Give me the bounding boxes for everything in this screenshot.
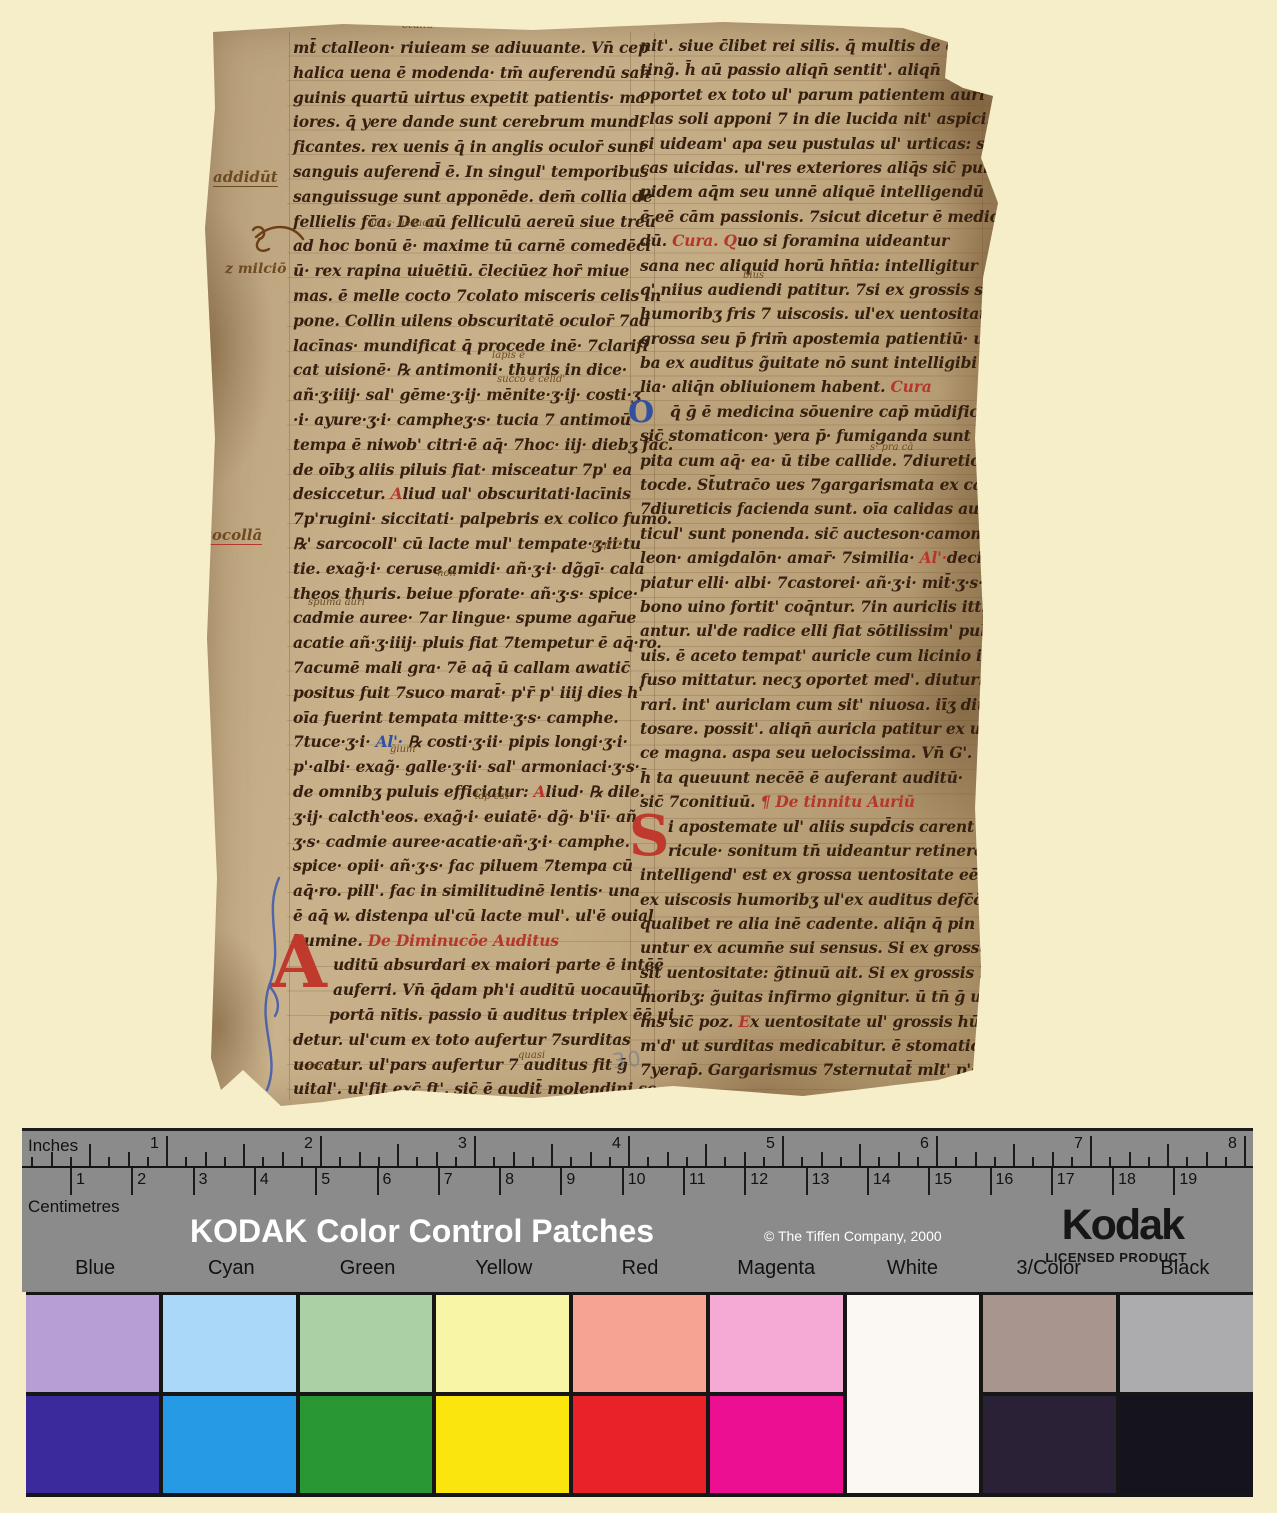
cm-number: 13 bbox=[812, 1171, 830, 1189]
patch-label-3-color: 3/Color bbox=[981, 1257, 1117, 1280]
inch-tick bbox=[147, 1157, 149, 1166]
manuscript-line: ē aq̄ w. distenpa ul'cū lacte mul'. ul'ē… bbox=[293, 904, 629, 929]
inch-tick bbox=[474, 1136, 476, 1166]
patch-label-yellow: Yellow bbox=[436, 1257, 572, 1280]
inch-tick bbox=[1071, 1157, 1073, 1166]
manuscript-line: mt̄ ctalleon· riuieam se adiuuante. Vn̄ … bbox=[293, 36, 629, 61]
patch-blue-pastel bbox=[26, 1295, 159, 1392]
red-initial-s: S bbox=[629, 808, 669, 864]
manuscript-line: rari. int' auriclam cum sit' niuosa. iīʒ… bbox=[640, 693, 988, 717]
inch-tick bbox=[301, 1157, 303, 1166]
manuscript-line: guinis quartū uirtus expetit patientis· … bbox=[293, 86, 629, 111]
manuscript-line: ce magna. aspa seu uelocissima. Vn̄ G'. … bbox=[640, 741, 988, 765]
inch-tick bbox=[128, 1152, 130, 1166]
cm-number: 6 bbox=[383, 1171, 392, 1189]
inch-tick bbox=[570, 1157, 572, 1166]
manuscript-line: ba ex auditus g̃uitate nō sunt intelligi… bbox=[640, 351, 988, 375]
color-patch-grid bbox=[26, 1292, 1253, 1497]
inch-tick bbox=[724, 1157, 726, 1166]
inch-tick bbox=[205, 1152, 207, 1166]
inch-tick bbox=[782, 1136, 784, 1166]
manuscript-line: moribʒ: g̃uitas infirmo gignitur. ū tn̄ … bbox=[640, 985, 988, 1009]
manuscript-line: ·i· ayure·ʒ·i· campheʒ·s· tucia 7 antimo… bbox=[293, 408, 629, 433]
inch-tick bbox=[647, 1157, 649, 1166]
manuscript-line: uditū absurdari ex maiori parte ē intēē bbox=[293, 953, 629, 978]
manuscript-line: sana nec aliquid horū hn̄tia: intelligit… bbox=[640, 254, 988, 278]
pencil-folio-number: 30 bbox=[611, 1046, 644, 1073]
interlinear-gloss: cap' 2 bbox=[592, 540, 622, 551]
nota-mark bbox=[243, 216, 307, 258]
manuscript-line: intelligend' est ex grossa uentositate e… bbox=[640, 863, 988, 887]
cm-number: 4 bbox=[260, 1171, 269, 1189]
manuscript-line: clas soli apponi 7 in die lucida nit' as… bbox=[640, 107, 988, 131]
cm-number: 15 bbox=[934, 1171, 952, 1189]
inch-tick bbox=[821, 1152, 823, 1166]
text-column-right: nit'. siue c̄libet rei silis. q̄ multis … bbox=[640, 34, 988, 1083]
patch-3-color-pastel bbox=[983, 1295, 1116, 1392]
inch-number: 1 bbox=[150, 1135, 159, 1153]
cm-number: 12 bbox=[750, 1171, 768, 1189]
patch-label-red: Red bbox=[572, 1257, 708, 1280]
interlinear-gloss: ḡium bbox=[390, 744, 416, 755]
interlinear-gloss: c̄tulla bbox=[402, 18, 433, 31]
inch-tick bbox=[320, 1136, 322, 1166]
patch-cyan-saturated bbox=[163, 1396, 296, 1493]
inch-tick bbox=[763, 1157, 765, 1166]
manuscript-line: 7tuce·ʒ·i· Al'· ℞ costi·ʒ·ii· pipis long… bbox=[293, 730, 629, 755]
copyright-text: © The Tiffen Company, 2000 bbox=[764, 1228, 942, 1244]
manuscript-line: 7diureticis facienda sunt. oīa calidas a… bbox=[640, 497, 988, 521]
manuscript-line: acatie añ·ʒ·iiij· pluis fiat 7tempetur ē… bbox=[293, 631, 629, 656]
ruler-baseline bbox=[22, 1166, 1253, 1168]
color-bar-title: KODAK Color Control Patches bbox=[190, 1213, 654, 1250]
inch-tick bbox=[936, 1136, 938, 1166]
margin-note: z milciō bbox=[225, 261, 286, 277]
manuscript-line: 7p'rugini· siccitati· palpebris ex colic… bbox=[293, 507, 629, 532]
cm-tick bbox=[990, 1168, 992, 1195]
manuscript-line: p'·albi· exag̃· galle·ʒ·ii· sal' armonia… bbox=[293, 755, 629, 780]
interlinear-gloss: lapis ē bbox=[492, 350, 525, 361]
inch-tick bbox=[532, 1157, 534, 1166]
manuscript-line: humoribʒ fris 7 uiscosis. ul'ex uentosit… bbox=[640, 302, 988, 326]
cm-number: 10 bbox=[628, 1171, 646, 1189]
interlinear-gloss: s· pra cā bbox=[870, 442, 913, 453]
manuscript-line: tie. exag̃·i· ceruse amidi· añ·ʒ·i· dg̃g… bbox=[293, 557, 629, 582]
interlinear-gloss: aū· s· uexaciū bbox=[368, 218, 437, 229]
patch-red-pastel bbox=[573, 1295, 706, 1392]
inch-number: 2 bbox=[304, 1135, 313, 1153]
cm-number: 9 bbox=[566, 1171, 575, 1189]
cm-number: 16 bbox=[996, 1171, 1014, 1189]
manuscript-line: cas uicidas. ul'res exteriores aliq̄s si… bbox=[640, 156, 988, 180]
text-column-left: mt̄ ctalleon· riuieam se adiuuante. Vn̄ … bbox=[293, 36, 629, 1102]
manuscript-line: fuso mittatur. necʒ oportet med'. diutur… bbox=[640, 668, 988, 692]
manuscript-line: sic̄ 7conitiuū. ¶ De tinnitu Auriū bbox=[640, 790, 988, 814]
inch-tick bbox=[51, 1152, 53, 1166]
manuscript-line: iores. q̄ yere dande sunt cerebrum mundi bbox=[293, 110, 629, 135]
patch-label-green: Green bbox=[299, 1257, 435, 1280]
patch-green-pastel bbox=[300, 1295, 433, 1392]
manuscript-line: oportet ex toto ul' parum patientem auri bbox=[640, 83, 988, 107]
cm-tick bbox=[622, 1168, 624, 1195]
manuscript-line: tocde. St̄utrac̄o ues 7gargarismata ex c… bbox=[640, 473, 988, 497]
manuscript-line: ad hoc bonū ē· maxime tū carnē comedēci bbox=[293, 234, 629, 259]
margin-note: tocollā bbox=[205, 526, 262, 545]
cm-tick bbox=[1173, 1168, 1175, 1195]
manuscript-line: lacīnas· mundificat q̄ procede inē· 7cla… bbox=[293, 334, 629, 359]
patch-3-color-saturated bbox=[983, 1396, 1116, 1493]
cm-number: 11 bbox=[689, 1171, 706, 1189]
manuscript-line: grossa seu p̄ frim̄ apostemia patientiū·… bbox=[640, 327, 988, 351]
manuscript-line: ex uiscosis humoribʒ ul'ex auditus defc̄… bbox=[640, 888, 988, 912]
inch-number: 4 bbox=[612, 1135, 621, 1153]
inch-tick bbox=[1090, 1136, 1092, 1166]
manuscript-line: q' niius audiendi patitur. 7si ex grossi… bbox=[640, 278, 988, 302]
manuscript-line: dū. Cura. Quo si foramina uideantur bbox=[640, 229, 988, 253]
manuscript-line: si uideam' apa seu pustulas ul' urticas:… bbox=[640, 132, 988, 156]
cm-number: 18 bbox=[1118, 1171, 1136, 1189]
manuscript-line: detur. ul'cum ex toto aufertur 7surditas bbox=[293, 1028, 629, 1053]
cm-tick bbox=[928, 1168, 930, 1195]
parchment-leaf: mt̄ ctalleon· riuieam se adiuuante. Vn̄ … bbox=[203, 18, 1005, 1114]
inch-tick bbox=[416, 1157, 418, 1166]
manuscript-line: q̄ ḡ ē medicina sōuenire cap̄ mūdificant… bbox=[640, 400, 988, 424]
manuscript-line: de omnibʒ puluis efficiatur: Aliud· ℞ di… bbox=[293, 780, 629, 805]
inch-number: 7 bbox=[1074, 1135, 1083, 1153]
patch-magenta-pastel bbox=[710, 1295, 843, 1392]
manuscript-line: tosare. possit'. aliqn̄ auricla patitur … bbox=[640, 717, 988, 741]
inch-tick bbox=[1013, 1144, 1015, 1166]
inch-tick bbox=[628, 1136, 630, 1166]
cm-tick bbox=[867, 1168, 869, 1195]
cm-tick bbox=[254, 1168, 256, 1195]
manuscript-line: ting̃. h̄ aū passio aliqn̄ sentit'. aliq… bbox=[640, 58, 988, 82]
manuscript-line: qualibet re alia inē cadente. aliq̄n q̄ … bbox=[640, 912, 988, 936]
inch-tick bbox=[551, 1144, 553, 1166]
patch-yellow-saturated bbox=[436, 1396, 569, 1493]
inch-tick bbox=[686, 1157, 688, 1166]
interlinear-gloss: spuma auri bbox=[308, 597, 365, 608]
inch-tick bbox=[1186, 1157, 1188, 1166]
interlinear-gloss: succo ē celid' bbox=[497, 374, 565, 385]
cm-tick bbox=[1051, 1168, 1053, 1195]
manuscript-line: añ·ʒ·iiij· sal' gēme·ʒ·ij· mēnite·ʒ·ij· … bbox=[293, 383, 629, 408]
inch-tick bbox=[1225, 1157, 1227, 1166]
manuscript-line: ficantes. rex uenis q̄ in anglis oculor̄… bbox=[293, 135, 629, 160]
manuscript-line: de oībʒ aliis piluis fiat· misceatur 7p'… bbox=[293, 458, 629, 483]
inch-tick bbox=[840, 1157, 842, 1166]
manuscript-line: leon· amigdalōn· amar̄· 7similia· Al'·de… bbox=[640, 546, 988, 570]
cm-tick bbox=[560, 1168, 562, 1195]
manuscript-line: uital'. ul'fit exc̄ ft'. sic̄ ē audit̄ m… bbox=[293, 1077, 629, 1102]
manuscript-line: bono uino fortit' coq̄ntur. 7in auriclis… bbox=[640, 595, 988, 619]
manuscript-line: m'd' ut surditas medicabitur. ē stomatic… bbox=[640, 1034, 988, 1058]
interlinear-gloss: bius bbox=[743, 270, 764, 281]
inch-tick bbox=[224, 1157, 226, 1166]
inch-tick bbox=[994, 1157, 996, 1166]
blue-penwork-flourish bbox=[257, 874, 289, 1106]
patch-white-full bbox=[847, 1295, 980, 1493]
patch-label-magenta: Magenta bbox=[708, 1257, 844, 1280]
cm-number: 17 bbox=[1057, 1171, 1075, 1189]
patch-red-saturated bbox=[573, 1396, 706, 1493]
patch-label-cyan: Cyan bbox=[163, 1257, 299, 1280]
inch-tick bbox=[359, 1152, 361, 1166]
manuscript-line: pone. Collin uilens obscuritatē oculor̄ … bbox=[293, 309, 629, 334]
kodak-logo: Kodak bbox=[1062, 1201, 1183, 1250]
manuscript-line: h̄ ta queuunt necēē ē auferant auditū· bbox=[640, 766, 988, 790]
inch-tick bbox=[513, 1152, 515, 1166]
manuscript-line: piatur elli· albi· 7castorei· añ·ʒ·i· mi… bbox=[640, 571, 988, 595]
manuscript-line: mas. ē melle cocto 7colato misceris celi… bbox=[293, 284, 629, 309]
cm-tick bbox=[683, 1168, 685, 1195]
inch-tick bbox=[89, 1144, 91, 1166]
inch-tick bbox=[397, 1144, 399, 1166]
inch-tick bbox=[1129, 1152, 1131, 1166]
inch-tick bbox=[898, 1152, 900, 1166]
inch-tick bbox=[108, 1157, 110, 1166]
inch-tick bbox=[493, 1157, 495, 1166]
cm-number: 3 bbox=[199, 1171, 208, 1189]
patch-black-saturated bbox=[1120, 1396, 1253, 1493]
manuscript-line: 7yerap̄. Gargarismus 7sternutat̄ mlt' p'… bbox=[640, 1058, 988, 1082]
inch-tick bbox=[955, 1157, 957, 1166]
manuscript-line: portā nītis. passio ū auditus triplex ēē… bbox=[293, 1003, 629, 1028]
manuscript-line: untur ex acumn̄e sui sensus. Si ex gross… bbox=[640, 936, 988, 960]
manuscript-line: antur. ul'de radice elli fiat sōtilissim… bbox=[640, 619, 988, 643]
inch-tick bbox=[859, 1144, 861, 1166]
scanned-manuscript-photograph: { "background_color": "#f5eec9", "manusc… bbox=[0, 0, 1277, 1513]
cm-tick bbox=[315, 1168, 317, 1195]
manuscript-line: i apostemate ul' aliis supd̄cis carent a… bbox=[640, 815, 988, 839]
inch-tick bbox=[878, 1157, 880, 1166]
cm-tick bbox=[499, 1168, 501, 1195]
cm-number: 8 bbox=[505, 1171, 514, 1189]
manuscript-line: spice· opii· añ·ʒ·s· fac piluem 7tempa c… bbox=[293, 854, 629, 879]
manuscript-line: tempa ē niwob' citri·ē aq̄· 7hoc· iij· d… bbox=[293, 433, 629, 458]
interlinear-gloss: ·7· dm̄ nota bbox=[293, 1062, 345, 1072]
manuscript-line: sanguissuge sunt apponēde. dem̄ collia d… bbox=[293, 185, 629, 210]
inch-tick bbox=[185, 1157, 187, 1166]
cm-number: 1 bbox=[76, 1171, 85, 1189]
manuscript-line: cat uisionē· ℞ antimonii· thuris in dice… bbox=[293, 358, 629, 383]
manuscript-line: ℞' sarcocoll' cū lacte mul' tempate·ʒ·ii… bbox=[293, 532, 629, 557]
cm-number: 14 bbox=[873, 1171, 891, 1189]
inch-tick bbox=[801, 1157, 803, 1166]
cm-tick bbox=[377, 1168, 379, 1195]
inch-tick bbox=[1032, 1157, 1034, 1166]
manuscript-line: ms sic̄ poz. Ex uentositate ul' grossis … bbox=[640, 1010, 988, 1034]
manuscript-line: sit uentositate: g̃tinuū ait. Si ex gros… bbox=[640, 961, 988, 985]
manuscript-line: oīa fuerint tempata mitte·ʒ·s· camphe. bbox=[293, 706, 629, 731]
manuscript-line: sic̄ stomaticon· yera p̄· fumiganda sunt… bbox=[640, 424, 988, 448]
inch-tick bbox=[262, 1157, 264, 1166]
inch-tick bbox=[1109, 1157, 1111, 1166]
inch-number: 3 bbox=[458, 1135, 467, 1153]
cm-number: 7 bbox=[444, 1171, 453, 1189]
cm-number: 2 bbox=[137, 1171, 146, 1189]
patch-magenta-saturated bbox=[710, 1396, 843, 1493]
kodak-color-bar: Inches 123456781234567891011121314151617… bbox=[22, 1128, 1253, 1292]
patch-cyan-pastel bbox=[163, 1295, 296, 1392]
inch-tick bbox=[282, 1152, 284, 1166]
manuscript-line: auferri. Vn̄ q̄dam ph'i auditū uocauū̄t bbox=[293, 978, 629, 1003]
cm-tick bbox=[744, 1168, 746, 1195]
inch-tick bbox=[31, 1157, 33, 1166]
manuscript-line: positus fuit 7suco marat̄· p'r̄ p' iiij … bbox=[293, 681, 629, 706]
patch-yellow-pastel bbox=[436, 1295, 569, 1392]
cm-tick bbox=[1112, 1168, 1114, 1195]
inch-tick bbox=[744, 1152, 746, 1166]
inch-tick bbox=[1052, 1152, 1054, 1166]
inch-number: 8 bbox=[1228, 1135, 1237, 1153]
patch-label-black: Black bbox=[1117, 1257, 1253, 1280]
inch-tick bbox=[609, 1157, 611, 1166]
inch-tick bbox=[436, 1152, 438, 1166]
inch-tick bbox=[339, 1157, 341, 1166]
centimetres-scale-label: Centimetres bbox=[28, 1197, 120, 1217]
patch-black-pastel bbox=[1120, 1295, 1253, 1392]
manuscript-line: nit'. siue c̄libet rei silis. q̄ multis … bbox=[640, 34, 988, 58]
patch-blue-saturated bbox=[26, 1396, 159, 1493]
patch-label-white: White bbox=[844, 1257, 980, 1280]
cm-number: 19 bbox=[1179, 1171, 1197, 1189]
cm-tick bbox=[438, 1168, 440, 1195]
interlinear-gloss: quasi bbox=[518, 1050, 545, 1061]
interlinear-gloss: non bbox=[437, 568, 456, 579]
inch-number: 6 bbox=[920, 1135, 929, 1153]
inch-tick bbox=[917, 1157, 919, 1166]
manuscript-line: sanguis auferend̄ ē. In singul' temporib… bbox=[293, 160, 629, 185]
manuscript-line: pidem aq̄m seu unnē aliquē intelligendū bbox=[640, 180, 988, 204]
inch-tick bbox=[975, 1152, 977, 1166]
manuscript-line: cadmie auree· 7ar lingue· spume agar̄ue bbox=[293, 606, 629, 631]
inch-tick bbox=[378, 1157, 380, 1166]
cm-tick bbox=[193, 1168, 195, 1195]
inch-tick bbox=[70, 1157, 72, 1166]
inch-tick bbox=[243, 1144, 245, 1166]
cm-tick bbox=[131, 1168, 133, 1195]
inch-tick bbox=[1206, 1152, 1208, 1166]
manuscript-line: ticul' sunt ponenda. sic̄ aucteson·camom… bbox=[640, 522, 988, 546]
manuscript-line: uis. ē aceto tempat' auricle cum licinio… bbox=[640, 644, 988, 668]
cm-tick bbox=[70, 1168, 72, 1195]
inch-tick bbox=[1148, 1157, 1150, 1166]
manuscript-line: ē eē cām passionis. 7sicut dicetur ē med… bbox=[640, 205, 988, 229]
manuscript-line: ʒ·s· cadmie auree·acatie·añ·ʒ·i· camphe. bbox=[293, 830, 629, 855]
manuscript-line: lia· aliq̄n obliuionem habent. Cura bbox=[640, 375, 988, 399]
manuscript-line: ʒ·ij· calcth'eos. exag̃·i· euiatē· dg̃· … bbox=[293, 805, 629, 830]
cm-number: 5 bbox=[321, 1171, 330, 1189]
interlinear-gloss: lap est' bbox=[475, 791, 512, 802]
cm-tick bbox=[806, 1168, 808, 1195]
patch-label-blue: Blue bbox=[27, 1257, 163, 1280]
manuscript-line: 7acumē mali gra· 7ē aq̄ ū callam awatic̄ bbox=[293, 656, 629, 681]
manuscript-line: fellielis fc̄a. De aū felliculū aereū si… bbox=[293, 210, 629, 235]
inch-tick bbox=[1167, 1144, 1169, 1166]
inches-scale-label: Inches bbox=[28, 1136, 78, 1156]
manuscript-line: ricule· sonitum tn̄ uideantur retinere bbox=[640, 839, 988, 863]
margin-note: addidūt bbox=[213, 168, 278, 187]
inch-tick bbox=[166, 1136, 168, 1166]
manuscript-line: aq̄·ro. pill'. fac in similitudinē lenti… bbox=[293, 879, 629, 904]
inch-tick bbox=[455, 1157, 457, 1166]
inch-tick bbox=[1244, 1136, 1246, 1166]
manuscript-line: bumine. De Diminucōe Auditus bbox=[293, 929, 629, 954]
inch-tick bbox=[667, 1152, 669, 1166]
manuscript-line: halica uena ē modenda· tm̄ auferendū san bbox=[293, 61, 629, 86]
patch-green-saturated bbox=[300, 1396, 433, 1493]
patch-label-row: BlueCyanGreenYellowRedMagentaWhite3/Colo… bbox=[27, 1257, 1253, 1280]
inch-number: 5 bbox=[766, 1135, 775, 1153]
blue-initial-o: O bbox=[628, 398, 654, 428]
manuscript-line: desiccetur. Aliud ual' obscuritati·lacīn… bbox=[293, 482, 629, 507]
manuscript-line: pita cum aq̄· ea· ū tibe callide. 7diure… bbox=[640, 449, 988, 473]
inch-tick bbox=[705, 1144, 707, 1166]
manuscript-line: ū· rex rapina uiuētiū. c̄leciūez hor̄ mi… bbox=[293, 259, 629, 284]
inch-tick bbox=[590, 1152, 592, 1166]
